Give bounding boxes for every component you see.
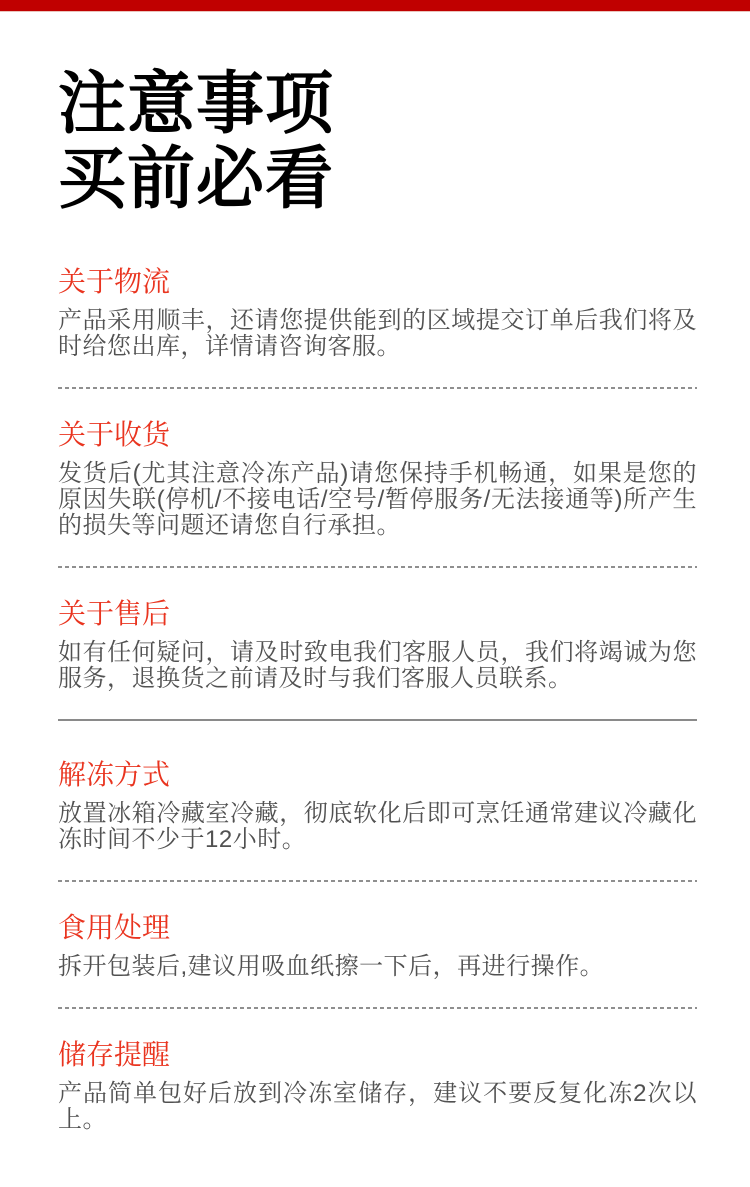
section-aftersales-body: 如有任何疑问，请及时致电我们客服人员，我们将竭诚为您服务，退换货之前请及时与我们… bbox=[58, 640, 697, 692]
section-thawing-heading: 解冻方式 bbox=[58, 759, 697, 791]
section-preparation: 食用处理 拆开包装后,建议用吸血纸擦一下后，再进行操作。 bbox=[58, 912, 697, 1009]
dashed-divider bbox=[58, 1007, 697, 1009]
section-logistics: 关于物流 产品采用顺丰，还请您提供能到的区域提交订单后我们将及时给您出库，详情请… bbox=[58, 266, 697, 389]
section-storage-body: 产品简单包好后放到冷冻室储存，建议不要反复化冻2次以上。 bbox=[58, 1081, 697, 1133]
section-thawing: 解冻方式 放置冰箱冷藏室冷藏，彻底软化后即可烹饪通常建议冷藏化冻时间不少于12小… bbox=[58, 759, 697, 882]
section-logistics-body: 产品采用顺丰，还请您提供能到的区域提交订单后我们将及时给您出库，详情请咨询客服。 bbox=[58, 308, 697, 360]
section-thawing-body: 放置冰箱冷藏室冷藏，彻底软化后即可烹饪通常建议冷藏化冻时间不少于12小时。 bbox=[58, 801, 697, 853]
section-receiving: 关于收货 发货后(尤其注意冷冻产品)请您保持手机畅通，如果是您的原因失联(停机/… bbox=[58, 419, 697, 568]
section-preparation-heading: 食用处理 bbox=[58, 912, 697, 944]
notice-page: { "page": { "language": "zh-CN", "backgr… bbox=[0, 0, 750, 1187]
accent-top-bar bbox=[0, 0, 750, 12]
dashed-divider bbox=[58, 566, 697, 568]
section-aftersales: 关于售后 如有任何疑问，请及时致电我们客服人员，我们将竭诚为您服务，退换货之前请… bbox=[58, 598, 697, 721]
section-storage: 储存提醒 产品简单包好后放到冷冻室储存，建议不要反复化冻2次以上。 bbox=[58, 1039, 697, 1133]
notice-content: 注意事项 买前必看 关于物流 产品采用顺丰，还请您提供能到的区域提交订单后我们将… bbox=[58, 67, 697, 1133]
dashed-divider bbox=[58, 880, 697, 882]
section-logistics-heading: 关于物流 bbox=[58, 266, 697, 298]
solid-divider bbox=[58, 719, 697, 721]
page-title-line-2: 买前必看 bbox=[58, 142, 697, 217]
dashed-divider bbox=[58, 387, 697, 389]
section-aftersales-heading: 关于售后 bbox=[58, 598, 697, 630]
section-storage-heading: 储存提醒 bbox=[58, 1039, 697, 1071]
page-title: 注意事项 买前必看 bbox=[58, 67, 697, 217]
page-title-line-1: 注意事项 bbox=[58, 67, 697, 142]
section-preparation-body: 拆开包装后,建议用吸血纸擦一下后，再进行操作。 bbox=[58, 954, 697, 980]
section-receiving-body: 发货后(尤其注意冷冻产品)请您保持手机畅通，如果是您的原因失联(停机/不接电话/… bbox=[58, 461, 697, 539]
section-receiving-heading: 关于收货 bbox=[58, 419, 697, 451]
